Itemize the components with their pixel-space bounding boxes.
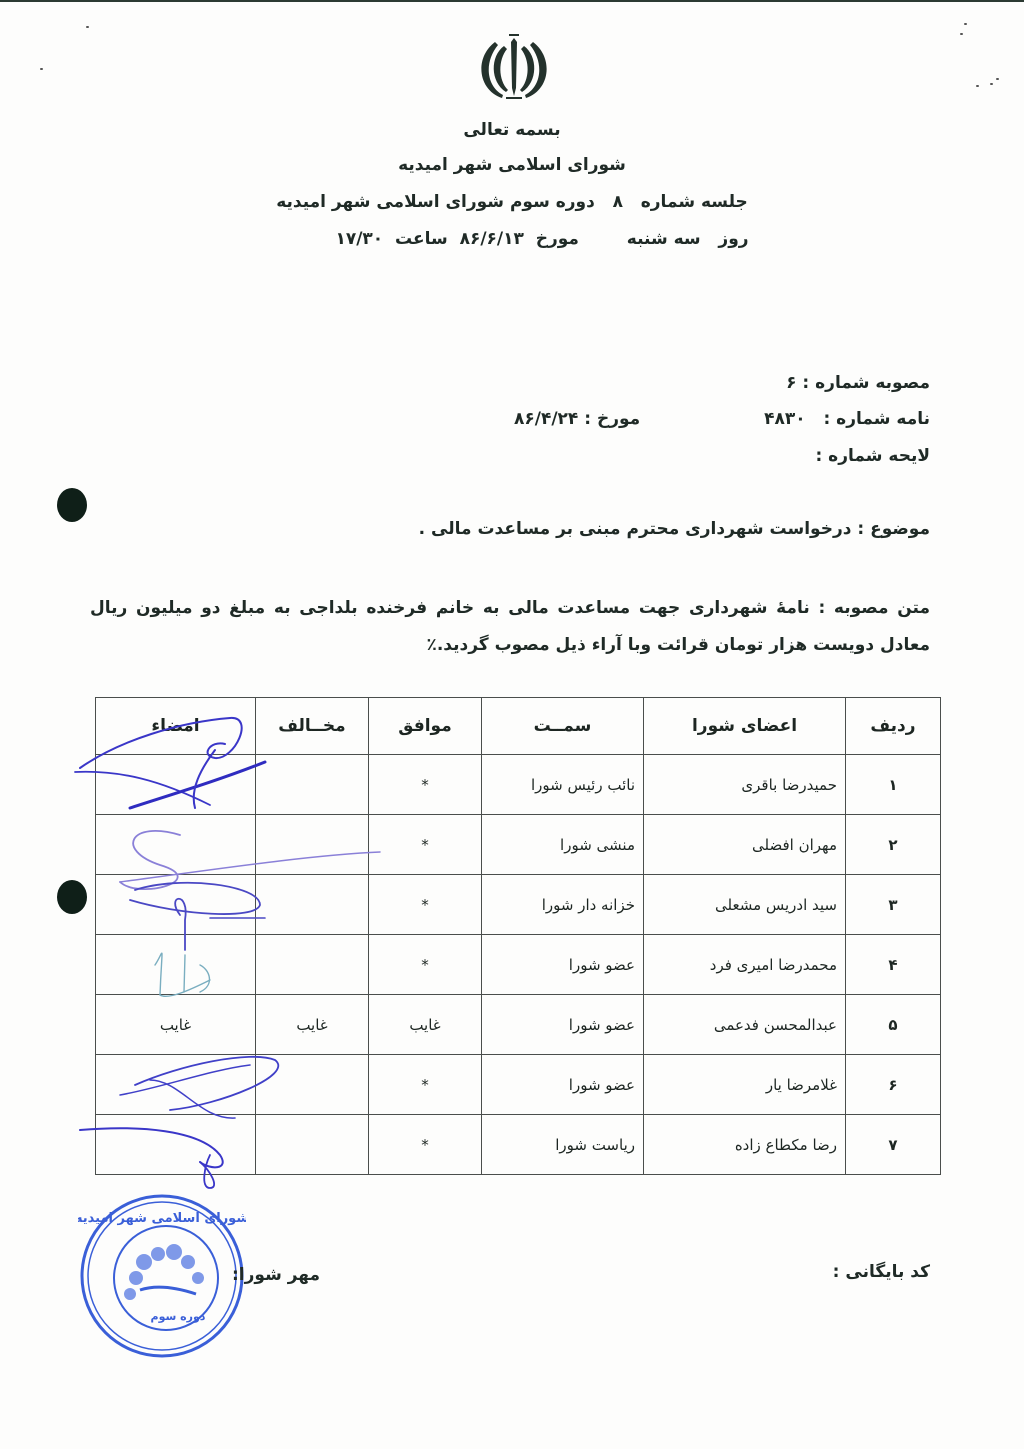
member-role: نائب رئیس شورا (482, 755, 644, 815)
resolution-number-value: ۶ (786, 373, 796, 393)
row-number: ۶ (846, 1055, 941, 1115)
col-header-row: ردیف (846, 698, 941, 755)
punch-hole (57, 488, 87, 522)
day-label: روز (718, 229, 748, 249)
resolution-number-label: مصوبه شماره : (802, 373, 930, 393)
signature-cell (96, 755, 256, 815)
scan-speck (964, 23, 967, 25)
invocation-heading: بسمه تعالی (0, 120, 1024, 140)
scan-speck (976, 85, 979, 87)
scan-speck (960, 33, 963, 35)
member-role: عضو شورا (482, 1055, 644, 1115)
agree-mark: * (369, 815, 482, 875)
table-row: ۴ محمدرضا امیری فرد عضو شورا * (96, 935, 941, 995)
body-label: متن مصوبه : (818, 598, 930, 618)
col-header-role: سمــت (482, 698, 644, 755)
oppose-mark: غایب (256, 995, 369, 1055)
session-label: جلسه شماره (641, 192, 748, 212)
table-row: ۷ رضا مکطاع زاده ریاست شورا * (96, 1115, 941, 1175)
agree-mark: * (369, 755, 482, 815)
letter-date-value: ۸۶/۴/۲۴ (514, 409, 578, 429)
signature-cell: غایب (96, 995, 256, 1055)
letter-date-label: مورخ : (584, 409, 640, 429)
agree-mark: غایب (369, 995, 482, 1055)
member-name: محمدرضا امیری فرد (644, 935, 846, 995)
table-row: ۶ غلامرضا یار عضو شورا * (96, 1055, 941, 1115)
letter-number-value: ۴۸۳۰ (764, 409, 806, 429)
row-number: ۲ (846, 815, 941, 875)
archive-code: کد بایگانی : (833, 1262, 930, 1282)
agree-mark: * (369, 935, 482, 995)
session-date-line: روز سه شنبه مورخ ۸۶/۶/۱۳ ساعت ۱۷/۳۰ (0, 229, 1024, 249)
row-number: ۳ (846, 875, 941, 935)
archive-code-label: کد بایگانی : (833, 1262, 930, 1282)
signature-cell (96, 815, 256, 875)
signature-cell (96, 935, 256, 995)
date-value: ۸۶/۶/۱۳ (460, 229, 524, 249)
letter-date: مورخ : ۸۶/۴/۲۴ (514, 409, 640, 429)
signature-cell (96, 875, 256, 935)
row-number: ۷ (846, 1115, 941, 1175)
session-number: ۸ (613, 192, 623, 212)
date-label: مورخ (536, 229, 579, 249)
oppose-mark (256, 875, 369, 935)
row-number: ۴ (846, 935, 941, 995)
oppose-mark (256, 1115, 369, 1175)
member-role: عضو شورا (482, 935, 644, 995)
row-number: ۵ (846, 995, 941, 1055)
scan-speck (990, 83, 993, 85)
table-row: ۵ عبدالمحسن فدعمی عضو شورا غایب غایب غای… (96, 995, 941, 1055)
resolution-number: مصوبه شماره : ۶ (786, 373, 930, 393)
council-seal-label: مهر شورا: (232, 1265, 320, 1285)
stamp-text-bottom: دوره سوم (151, 1310, 206, 1323)
member-name: حمیدرضا باقری (644, 755, 846, 815)
signature-cell (96, 1115, 256, 1175)
col-header-oppose: مخــالف (256, 698, 369, 755)
body-text: نامهٔ شهرداری جهت مساعدت مالی به خانم فر… (90, 598, 930, 655)
agree-mark: * (369, 875, 482, 935)
votes-table-header: ردیف اعضای شورا سمــت موافق مخــالف امضا… (96, 698, 941, 755)
subject-line: موضوع : درخواست شهرداری محترم مبنی بر مس… (419, 519, 930, 539)
letter-number-label: نامه شماره : (823, 409, 930, 429)
punch-hole (57, 880, 87, 914)
row-number: ۱ (846, 755, 941, 815)
member-name: رضا مکطاع زاده (644, 1115, 846, 1175)
member-role: خزانه دار شورا (482, 875, 644, 935)
session-suffix: دوره سوم شورای اسلامی شهر امیدیه (276, 192, 595, 212)
member-name: غلامرضا یار (644, 1055, 846, 1115)
time-label: ساعت (395, 229, 448, 249)
letter-number: نامه شماره : ۴۸۳۰ (764, 409, 930, 429)
col-header-member: اعضای شورا (644, 698, 846, 755)
council-name-heading: شورای اسلامی شهر امیدیه (0, 155, 1024, 175)
iran-emblem-icon (476, 30, 552, 102)
table-row: ۳ سید ادریس مشعلی خزانه دار شورا * (96, 875, 941, 935)
votes-table: ردیف اعضای شورا سمــت موافق مخــالف امضا… (95, 697, 941, 1175)
scan-speck (996, 78, 999, 80)
bill-number-label: لایحه شماره : (815, 446, 930, 466)
time-value: ۱۷/۳۰ (335, 229, 383, 249)
bill-number: لایحه شماره : (815, 446, 930, 466)
oppose-mark (256, 935, 369, 995)
col-header-signature: امضاء (96, 698, 256, 755)
member-name: سید ادریس مشعلی (644, 875, 846, 935)
table-row: ۲ مهران افضلی منشی شورا * (96, 815, 941, 875)
signature-cell (96, 1055, 256, 1115)
oppose-mark (256, 1055, 369, 1115)
scan-speck (86, 26, 89, 28)
oppose-mark (256, 755, 369, 815)
subject-text: درخواست شهرداری محترم مبنی بر مساعدت مال… (419, 519, 852, 539)
resolution-body: متن مصوبه : نامهٔ شهرداری جهت مساعدت مال… (90, 590, 930, 664)
subject-label: موضوع : (857, 519, 930, 539)
council-seal-icon: شورای اسلامی شهر امیدیه دوره سوم (78, 1192, 246, 1360)
stamp-text-top: شورای اسلامی شهر امیدیه (78, 1211, 246, 1226)
oppose-mark (256, 815, 369, 875)
scan-speck (40, 68, 43, 70)
col-header-agree: موافق (369, 698, 482, 755)
member-name: مهران افضلی (644, 815, 846, 875)
member-role: ریاست شورا (482, 1115, 644, 1175)
session-heading: جلسه شماره ۸ دوره سوم شورای اسلامی شهر ا… (0, 192, 1024, 212)
agree-mark: * (369, 1115, 482, 1175)
agree-mark: * (369, 1055, 482, 1115)
member-role: منشی شورا (482, 815, 644, 875)
table-row: ۱ حمیدرضا باقری نائب رئیس شورا * (96, 755, 941, 815)
day-value: سه شنبه (627, 229, 701, 249)
page-edge (0, 0, 1024, 2)
member-role: عضو شورا (482, 995, 644, 1055)
member-name: عبدالمحسن فدعمی (644, 995, 846, 1055)
